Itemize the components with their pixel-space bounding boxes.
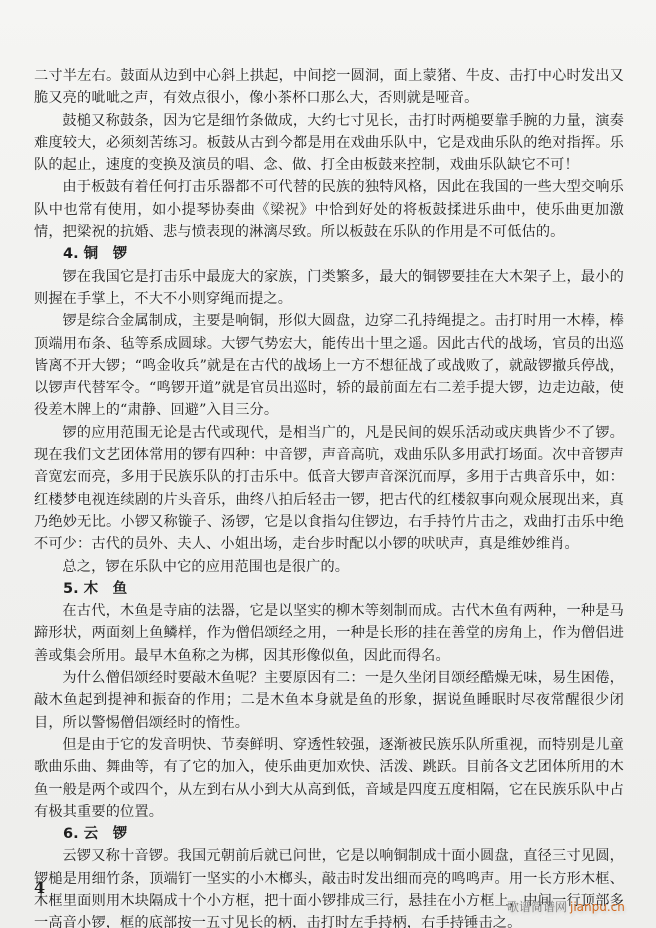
watermark-site: jianpu.cn	[570, 900, 625, 914]
page-body: 二寸半左右。鼓面从边到中心斜上拱起，中间挖一圆洞，面上蒙猪、牛皮、击打中心时发出…	[34, 65, 624, 928]
paragraph: 鼓槌又称鼓条，因为它是细竹条做成，大约七寸见长，击打时两槌要靠手腕的力量，演奏难…	[34, 110, 624, 177]
paragraph: 锣的应用范围无论是古代或现代，是相当广的，凡是民间的娱乐活动或庆典皆少不了锣。现…	[34, 422, 624, 556]
page-number: 4	[34, 878, 45, 897]
paragraph: 由于板鼓有着任何打击乐器都不可代替的民族的独特风格，因此在我国的一些大型交响乐队…	[34, 176, 624, 243]
document-page: 二寸半左右。鼓面从边到中心斜上拱起，中间挖一圆洞，面上蒙猪、牛皮、击打中心时发出…	[0, 0, 656, 928]
paragraph: 二寸半左右。鼓面从边到中心斜上拱起，中间挖一圆洞，面上蒙猪、牛皮、击打中心时发出…	[34, 65, 624, 110]
paragraph: 锣是综合金属制成，主要是响铜，形似大圆盘，边穿二孔持绳提之。击打时用一木棒，棒顶…	[34, 310, 624, 421]
watermark-label: 歌谱简谱网	[507, 900, 567, 914]
watermark: 歌谱简谱网jianpu.cn	[507, 898, 625, 915]
paragraph: 锣在我国它是打击乐中最庞大的家族，门类繁多，最大的铜锣要挂在大木架子上，最小的则…	[34, 266, 624, 311]
section-heading: 5. 木 鱼	[34, 578, 624, 600]
paragraph: 为什么僧侣颂经时要敲木鱼呢？主要原因有二：一是久坐闭目颂经酷燥无味，易生困倦，敲…	[34, 667, 624, 734]
paragraph: 总之，锣在乐队中它的应用范围也是很广的。	[34, 556, 624, 578]
paragraph: 但是由于它的发音明快、节奏鲜明、穿透性较强，逐渐被民族乐队所重视，而特别是儿童歌…	[34, 734, 624, 823]
paragraph: 云锣又称十音锣。我国元朝前后就已问世，它是以响铜制成十面小圆盘，直径三寸见圆，锣…	[34, 845, 624, 928]
paragraph: 在古代，木鱼是寺庙的法器，它是以坚实的柳木等刻制而成。古代木鱼有两种，一种是马蹄…	[34, 600, 624, 667]
section-heading: 4. 铜 锣	[34, 243, 624, 265]
section-heading: 6. 云 锣	[34, 823, 624, 845]
